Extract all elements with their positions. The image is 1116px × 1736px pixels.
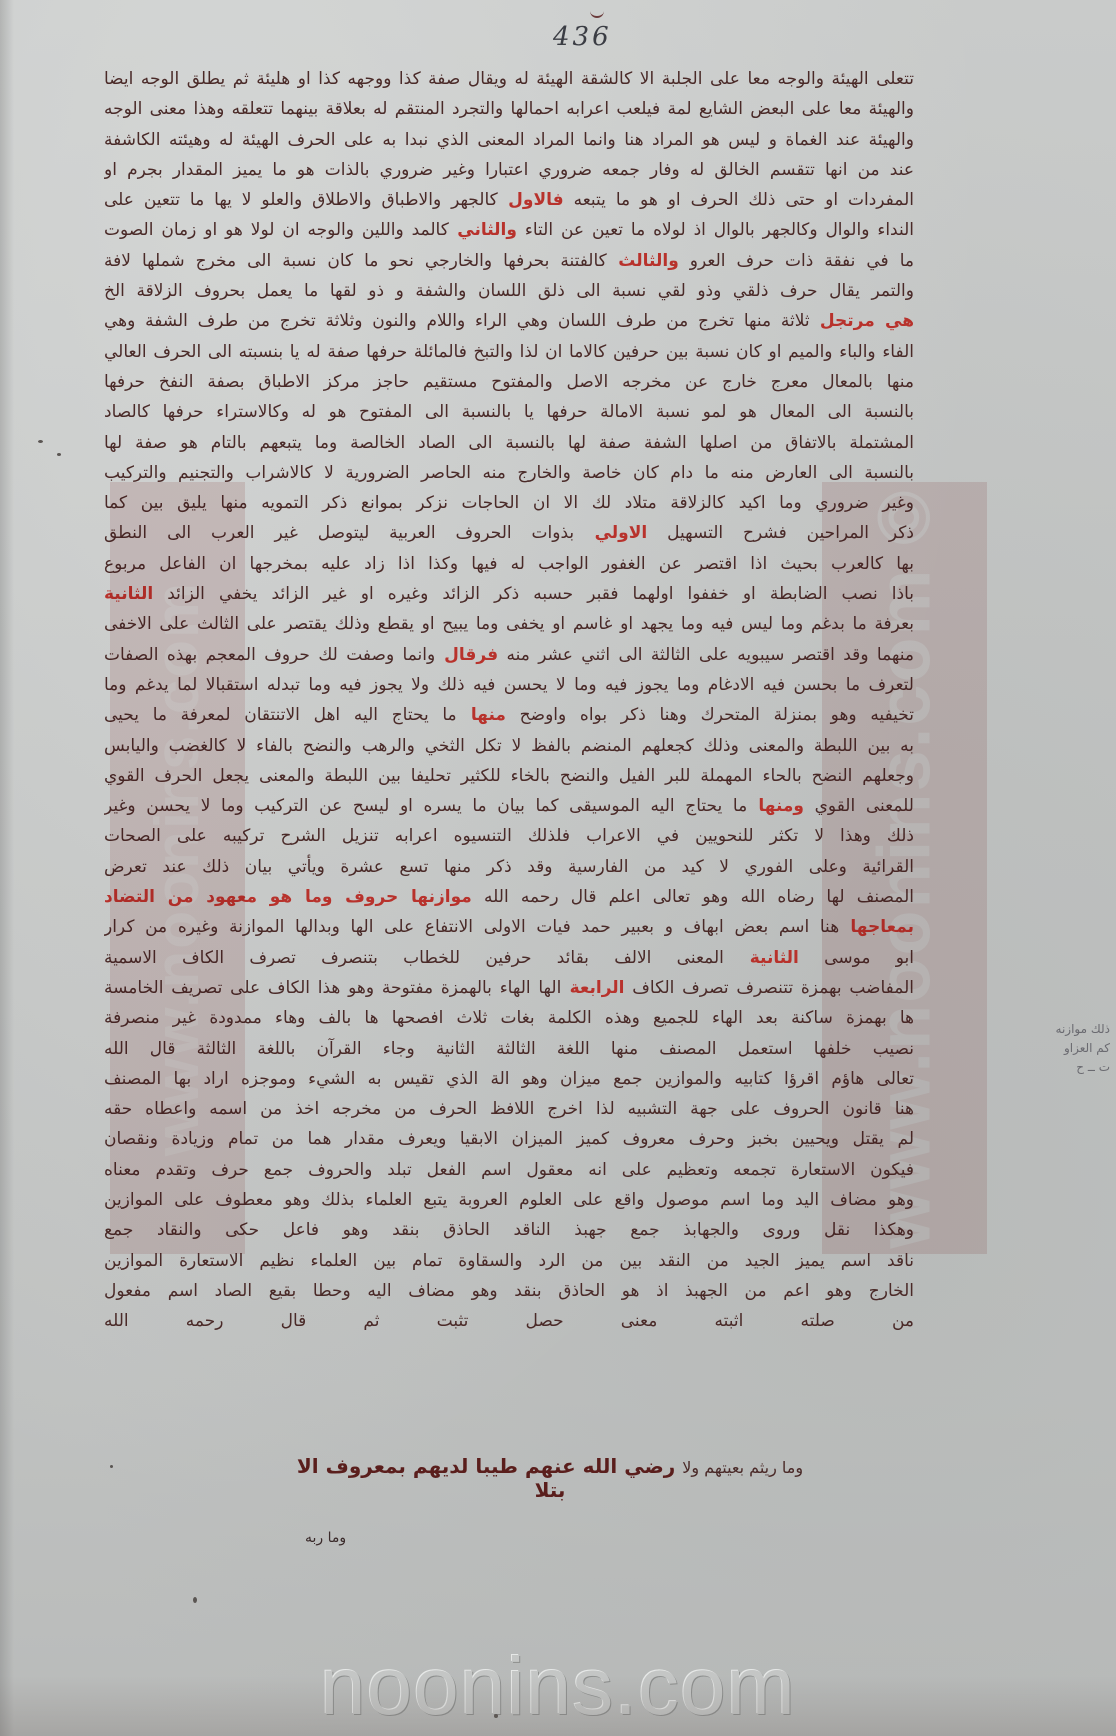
rubric-word: والثالث: [607, 251, 679, 271]
line-text: بالنسبة الى المعال هو لمو نسبة الامالة ح…: [104, 402, 914, 422]
margin-note-line: ذلك موازنه: [1010, 1020, 1110, 1039]
watermark-right-text: www.noonins.com ©: [862, 488, 947, 1248]
rubric-word: فالاول: [498, 190, 564, 210]
line-text: ما في نفقة ذات حرف العرو: [679, 251, 914, 271]
line-text: كالفتنة بحرفها والخارجي نحو ما كان نسبة …: [104, 251, 607, 271]
line-text: باذا نصب الضابطة او خففوا اولهما فقبر حس…: [153, 584, 914, 604]
line-text: بالنسبة الى العارض منه ما دام كان خاصة و…: [104, 463, 914, 483]
line-text: الفاء والباء والميم او كان نسبة بين حرفي…: [104, 342, 914, 362]
manuscript-line: والهيئة عند الغماة و ليس هو المراد هنا و…: [104, 125, 914, 155]
watermark-left-text: www.noonins.com: [142, 580, 213, 1155]
manuscript-line: المفردات او حتى ذلك الحرف او هو ما يتبعه…: [104, 185, 914, 215]
scribe-signature: وما ربه: [305, 1530, 346, 1546]
manuscript-line: منها بالمعال معرج خارج عن مخرجه الاصل وا…: [104, 367, 914, 397]
line-text: كالمد واللين والوجه ان لولا هو او زمان ا…: [104, 220, 449, 240]
manuscript-line: بالنسبة الى المعال هو لمو نسبة الامالة ح…: [104, 397, 914, 427]
page-binding-shadow: [0, 0, 14, 1736]
manuscript-line: الفاء والباء والميم او كان نسبة بين حرفي…: [104, 337, 914, 367]
line-text: تتعلى الهيئة والوجه معا على الجلبة الا ك…: [104, 69, 914, 89]
rubric-word: الاولي: [574, 523, 647, 543]
rubric-word: فرقال: [435, 645, 498, 665]
manuscript-line: ما في نفقة ذات حرف العرو والثالث كالفتنة…: [104, 246, 914, 276]
rubric-word: منها: [457, 705, 506, 725]
manuscript-line: تتعلى الهيئة والوجه معا على الجلبة الا ك…: [104, 64, 914, 94]
line-text: من صلته اثبته معنى حصل تثبت ثم قال رحمه …: [104, 1311, 914, 1331]
closing-verse-lead: وما ريثم بعيتهم ولا: [682, 1458, 803, 1477]
manuscript-page: 436 تتعلى الهيئة والوجه معا على الجلبة ا…: [0, 0, 1116, 1736]
manuscript-line: النداء والوال وكالجهر بالوال اذ لولاه ما…: [104, 215, 914, 245]
margin-note-line: ت ــ ح: [1010, 1058, 1110, 1077]
paper-speck: [110, 1465, 113, 1468]
manuscript-line: من صلته اثبته معنى حصل تثبت ثم قال رحمه …: [104, 1306, 914, 1336]
manuscript-line: هي مرتجل ثلاثة منها تخرج من طرف اللسان و…: [104, 306, 914, 336]
margin-note: ذلك موازنه كم العزاو ت ــ ح: [1010, 1020, 1110, 1077]
manuscript-line: الخارج وهو اعم من الجهبذ اذ هو الحاذق بن…: [104, 1276, 914, 1306]
margin-note-line: كم العزاو: [1010, 1039, 1110, 1058]
rubric-word: الرابعة: [561, 978, 624, 998]
line-text: والتمر يقال حرف ذلقي وذو لقي نسبة الى ذل…: [104, 281, 914, 301]
rubric-word: الثانية: [724, 948, 799, 968]
rubric-word: ومنها: [747, 796, 804, 816]
line-text: المشتملة بالاتفاق من اصلها الشفة صفة لها…: [104, 433, 914, 453]
line-text: المفردات او حتى ذلك الحرف او هو ما يتبعه: [564, 190, 914, 210]
closing-verse-text: رضي الله عنهم طيبا لديهم بمعروف الا بتلا: [297, 1454, 675, 1502]
paper-speck: [38, 440, 43, 443]
line-text: عند من انها تتقسم الخالق له وفار جمعه ضر…: [104, 160, 914, 180]
page-bottom-shadow: [0, 1676, 1116, 1736]
watermark-strip-left: www.noonins.com: [110, 482, 245, 1254]
watermark-strip-right: www.noonins.com ©: [822, 482, 987, 1254]
closing-verse: وما ريثم بعيتهم ولا رضي الله عنهم طيبا ل…: [290, 1454, 810, 1502]
line-text: والهيئة معا على البعض الشايع لمة فيلعب ا…: [104, 99, 914, 119]
line-text: والهيئة عند الغماة و ليس هو المراد هنا و…: [104, 130, 914, 150]
line-text: كالجهر والاطباق والاطلاق والعلو لا يها م…: [104, 190, 498, 210]
manuscript-line: والتمر يقال حرف ذلقي وذو لقي نسبة الى ذل…: [104, 276, 914, 306]
paper-speck: [57, 453, 61, 456]
line-text: ثلاثة منها تخرج من طرف اللسان وهي الراء …: [104, 311, 810, 331]
line-text: منها بالمعال معرج خارج عن مخرجه الاصل وا…: [104, 372, 914, 392]
manuscript-line: المشتملة بالاتفاق من اصلها الشفة صفة لها…: [104, 428, 914, 458]
folio-number: 436: [553, 22, 612, 52]
line-text: الخارج وهو اعم من الجهبذ اذ هو الحاذق بن…: [104, 1281, 914, 1301]
rubric-word: هي مرتجل: [810, 311, 914, 331]
line-text: النداء والوال وكالجهر بالوال اذ لولاه ما…: [517, 220, 914, 240]
manuscript-line: والهيئة معا على البعض الشايع لمة فيلعب ا…: [104, 94, 914, 124]
rubric-word: والثاني: [449, 220, 517, 240]
paper-speck: [193, 1597, 197, 1603]
folio-mark: [590, 6, 604, 18]
manuscript-line: عند من انها تتقسم الخالق له وفار جمعه ضر…: [104, 155, 914, 185]
